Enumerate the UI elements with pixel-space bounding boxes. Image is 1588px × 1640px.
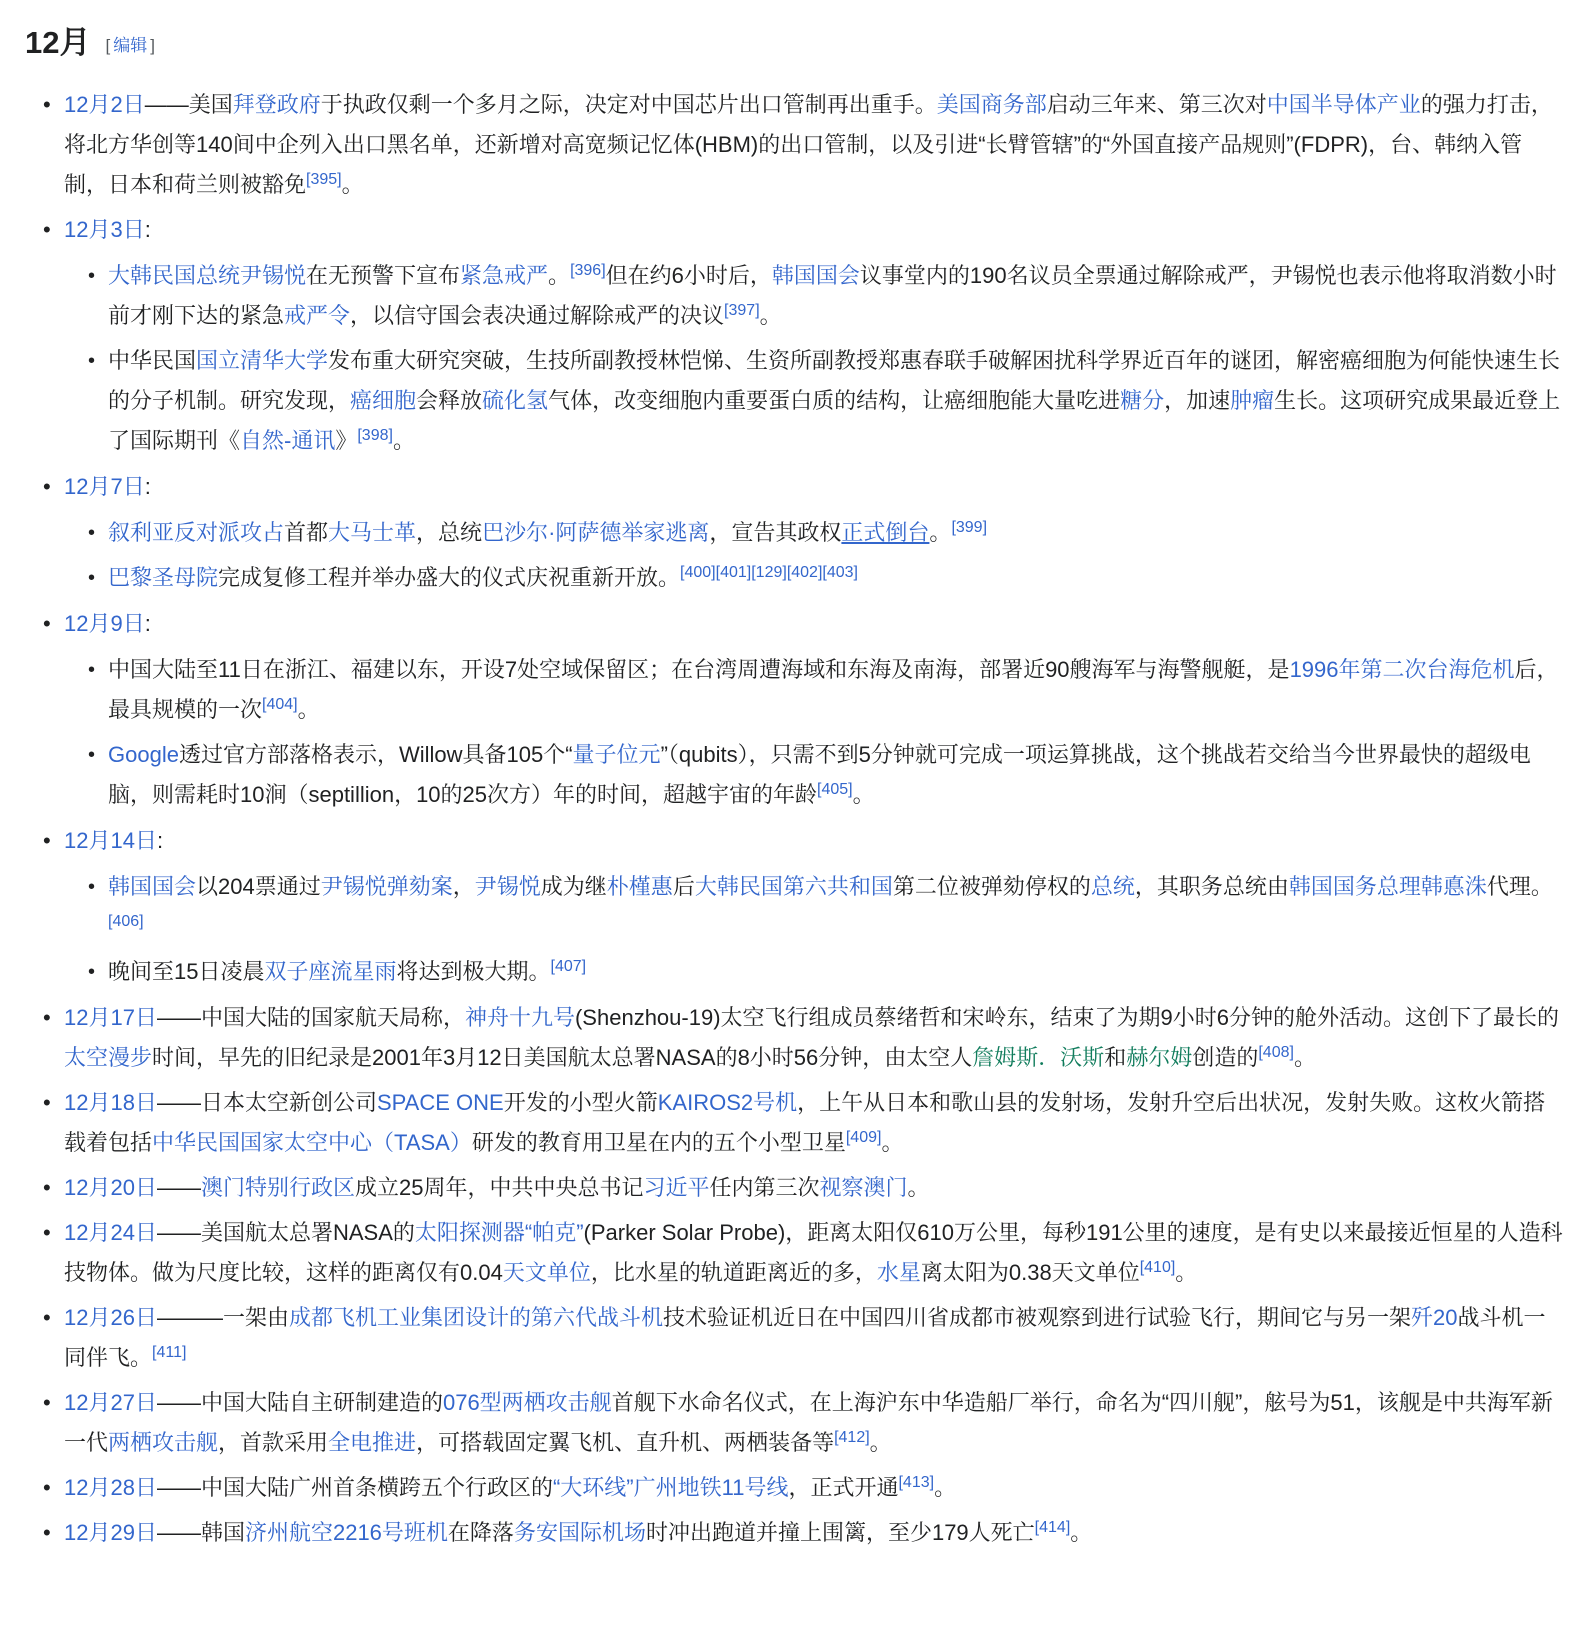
text-segment: 后 bbox=[673, 874, 695, 899]
edit-bracket-close: ] bbox=[147, 36, 158, 55]
reference-sup: [406] bbox=[108, 909, 144, 930]
wiki-link[interactable]: 12月27日 bbox=[64, 1390, 157, 1415]
text-segment: 和 bbox=[1104, 1045, 1126, 1070]
text-segment: 成为继 bbox=[541, 874, 607, 899]
text-segment: 。 bbox=[853, 782, 875, 807]
wiki-link[interactable]: 总统 bbox=[1091, 874, 1135, 899]
wiki-link[interactable]: 歼20 bbox=[1411, 1305, 1457, 1330]
wiki-link[interactable]: 朴槿惠 bbox=[607, 874, 673, 899]
wiki-link[interactable]: 12月18日 bbox=[64, 1090, 157, 1115]
text-segment: 开发的小型火箭 bbox=[504, 1090, 658, 1115]
text-segment: 启动三年来、第三次对 bbox=[1047, 92, 1267, 117]
text-segment: 。 bbox=[1175, 1260, 1197, 1285]
wiki-link[interactable]: 大马士革 bbox=[328, 520, 416, 545]
reference-sup: [400] bbox=[680, 560, 716, 581]
text-segment: 于执政仅剩一个多月之际，决定对中国芯片出口管制再出重手。 bbox=[321, 92, 937, 117]
reference-link[interactable]: [413] bbox=[898, 1474, 934, 1491]
text-segment: 但在约6小时后， bbox=[606, 263, 772, 288]
reference-sup: [404] bbox=[262, 692, 298, 713]
reference-sup: [403] bbox=[822, 560, 858, 581]
wiki-link[interactable]: 12月26日 bbox=[64, 1305, 157, 1330]
text-segment: —— bbox=[157, 1175, 201, 1200]
text-segment: 。 bbox=[929, 520, 951, 545]
reference-link[interactable]: [414] bbox=[1035, 1519, 1071, 1536]
reference-link[interactable]: [398] bbox=[357, 427, 393, 444]
text-segment: ，宣告其政权 bbox=[709, 520, 841, 545]
sub-event-item: 晚间至15日凌晨双子座流星雨将达到极大期。[407] bbox=[108, 952, 1566, 992]
text-segment: 透过官方部落格表示，Willow具备105个“ bbox=[179, 742, 573, 767]
reference-sup: [414] bbox=[1035, 1515, 1071, 1536]
wiki-link[interactable]: 自然-通讯 bbox=[240, 428, 335, 453]
text-segment: ——美国 bbox=[145, 92, 233, 117]
reference-sup: [396] bbox=[570, 258, 606, 279]
wiki-link[interactable]: Google bbox=[108, 742, 179, 767]
wiki-link[interactable]: 中华民国国家太空中心（TASA） bbox=[152, 1130, 472, 1155]
text-segment: 研发的教育用卫星在内的五个小型卫星 bbox=[472, 1130, 846, 1155]
reference-sup: [413] bbox=[898, 1470, 934, 1491]
wiki-link[interactable]: 癌细胞 bbox=[350, 388, 416, 413]
reference-sup: [397] bbox=[724, 298, 760, 319]
reference-sup: [410] bbox=[1140, 1255, 1176, 1276]
wiki-link[interactable]: 视察澳门 bbox=[819, 1175, 907, 1200]
sub-event-item: 巴黎圣母院完成复修工程并举办盛大的仪式庆祝重新开放。[400][401][129… bbox=[108, 558, 1566, 598]
text-segment: ，其职务总统由 bbox=[1135, 874, 1289, 899]
reference-link[interactable]: [403] bbox=[822, 564, 858, 581]
reference-link[interactable]: [400] bbox=[680, 564, 716, 581]
reference-link[interactable]: [395] bbox=[306, 171, 342, 188]
wiki-link[interactable]: 韩国国会 bbox=[108, 874, 196, 899]
reference-sup: [407] bbox=[551, 954, 587, 975]
text-segment: 首都 bbox=[284, 520, 328, 545]
wiki-link[interactable]: 糖分 bbox=[1120, 388, 1164, 413]
reference-link[interactable]: [410] bbox=[1140, 1259, 1176, 1276]
wiki-link[interactable]: KAIROS2号机 bbox=[658, 1090, 797, 1115]
text-segment: 会释放 bbox=[416, 388, 482, 413]
text-segment: ——日本太空新创公司 bbox=[157, 1090, 377, 1115]
reference-sup: [412] bbox=[834, 1425, 870, 1446]
wiki-link[interactable]: 尹锡悦弹劾案 bbox=[321, 874, 453, 899]
wiki-link[interactable]: 巴黎圣母院 bbox=[108, 565, 218, 590]
text-segment: ——中国大陆自主研制建造的 bbox=[157, 1390, 443, 1415]
reference-sup: [401] bbox=[716, 560, 752, 581]
sub-event-item: Google透过官方部落格表示，Willow具备105个“量子位元”（qubit… bbox=[108, 735, 1566, 815]
text-segment: 晚间至15日凌晨 bbox=[108, 959, 264, 984]
wiki-link[interactable]: 成都飞机工业集团设计的第六代战斗机 bbox=[289, 1305, 663, 1330]
event-item: 12月26日———一架由成都飞机工业集团设计的第六代战斗机技术验证机近日在中国四… bbox=[64, 1298, 1566, 1378]
wiki-link[interactable]: 国立清华大学 bbox=[196, 348, 328, 373]
text-segment: 以204票通过 bbox=[196, 874, 321, 899]
wiki-link[interactable]: 量子位元 bbox=[573, 742, 661, 767]
text-segment: ——中国大陆广州首条横跨五个行政区的 bbox=[157, 1475, 553, 1500]
event-item: 12月9日:中国大陆至11日在浙江、福建以东，开设7处空域保留区；在台湾周遭海域… bbox=[64, 604, 1566, 815]
wiki-link[interactable]: 巴沙尔·阿萨德举家逃离 bbox=[482, 520, 709, 545]
edit-bracket-open: [ bbox=[102, 36, 113, 55]
interlanguage-link[interactable]: 詹姆斯．沃斯 bbox=[972, 1045, 1104, 1070]
reference-link[interactable]: [402] bbox=[787, 564, 823, 581]
text-segment: 技术验证机近日在中国四川省成都市被观察到进行试验飞行，期间它与另一架 bbox=[663, 1305, 1411, 1330]
reference-sup: [398] bbox=[357, 423, 393, 444]
text-segment: 成立25周年，中共中央总书记 bbox=[355, 1175, 643, 1200]
edit-link[interactable]: 编辑 bbox=[113, 36, 147, 55]
wiki-link[interactable]: 美国商务部 bbox=[937, 92, 1047, 117]
text-segment: 中华民国 bbox=[108, 348, 196, 373]
wiki-link[interactable]: 天文单位 bbox=[503, 1260, 591, 1285]
text-segment: ，可搭载固定翼飞机、直升机、两栖装备等 bbox=[416, 1430, 834, 1455]
text-segment: 。 bbox=[934, 1475, 956, 1500]
wiki-link[interactable]: 全电推进 bbox=[328, 1430, 416, 1455]
text-segment: : bbox=[157, 828, 163, 853]
text-segment: 完成复修工程并举办盛大的仪式庆祝重新开放。 bbox=[218, 565, 680, 590]
wiki-link[interactable]: 12月28日 bbox=[64, 1475, 157, 1500]
wiki-link[interactable]: 澳门特别行政区 bbox=[201, 1175, 355, 1200]
wiki-link[interactable]: 12月24日 bbox=[64, 1220, 157, 1245]
text-segment: ——美国航太总署NASA的 bbox=[157, 1220, 415, 1245]
wiki-link[interactable]: 12月3日 bbox=[64, 217, 145, 242]
sub-event-item: 中华民国国立清华大学发布重大研究突破，生技所副教授林恺悌、生资所副教授郑惠春联手… bbox=[108, 341, 1566, 461]
text-segment: : bbox=[145, 217, 151, 242]
wiki-link[interactable]: 习近平 bbox=[643, 1175, 709, 1200]
wiki-link[interactable]: 076型两栖攻击舰 bbox=[443, 1390, 612, 1415]
section-title: 12月 bbox=[25, 25, 90, 60]
text-segment: 时冲出跑道并撞上围篱，至少179人死亡 bbox=[646, 1520, 1035, 1545]
sub-events-list: 韩国国会以204票通过尹锡悦弹劾案，尹锡悦成为继朴槿惠后大韩民国第六共和国第二位… bbox=[64, 867, 1566, 992]
reference-link[interactable]: [412] bbox=[834, 1429, 870, 1446]
text-segment: 中国大陆至11日在浙江、福建以东，开设7处空域保留区；在台湾周遭海域和东海及南海… bbox=[108, 657, 1290, 682]
text-segment: 代理。 bbox=[1487, 874, 1553, 899]
text-segment: ， bbox=[453, 874, 475, 899]
text-segment: ———一架由 bbox=[157, 1305, 289, 1330]
reference-link[interactable]: [401] bbox=[716, 564, 752, 581]
reference-sup: [411] bbox=[152, 1340, 186, 1361]
text-segment: 。 bbox=[298, 697, 320, 722]
reference-sup: [409] bbox=[846, 1125, 882, 1146]
text-segment: ——中国大陆的国家航天局称， bbox=[157, 1005, 465, 1030]
sub-event-item: 叙利亚反对派攻占首都大马士革，总统巴沙尔·阿萨德举家逃离，宣告其政权正式倒台。[… bbox=[108, 513, 1566, 553]
wiki-link[interactable]: 拜登政府 bbox=[233, 92, 321, 117]
text-segment: 。 bbox=[881, 1130, 903, 1155]
wiki-link[interactable]: 韩国国务总理韩悳洙 bbox=[1289, 874, 1487, 899]
reference-link[interactable]: [399] bbox=[951, 519, 987, 536]
wiki-link[interactable]: 韩国国会 bbox=[772, 263, 860, 288]
text-segment: 任内第三次 bbox=[709, 1175, 819, 1200]
sub-event-item: 大韩民国总统尹锡悦在无预警下宣布紧急戒严。[396]但在约6小时后，韩国国会议事… bbox=[108, 256, 1566, 336]
reference-sup: [405] bbox=[817, 777, 853, 798]
reference-sup: [408] bbox=[1258, 1040, 1294, 1061]
wiki-link[interactable]: 12月20日 bbox=[64, 1175, 157, 1200]
wiki-link[interactable]: 戒严令 bbox=[284, 303, 350, 328]
event-item: 12月7日:叙利亚反对派攻占首都大马士革，总统巴沙尔·阿萨德举家逃离，宣告其政权… bbox=[64, 467, 1566, 598]
event-item: 12月3日:大韩民国总统尹锡悦在无预警下宣布紧急戒严。[396]但在约6小时后，… bbox=[64, 210, 1566, 461]
wiki-link[interactable]: 大韩民国第六共和国 bbox=[695, 874, 893, 899]
wiki-link[interactable]: 12月14日 bbox=[64, 828, 157, 853]
wiki-link[interactable]: 叙利亚反对派攻占 bbox=[108, 520, 284, 545]
text-segment: ，正式开通 bbox=[788, 1475, 898, 1500]
event-item: 12月2日——美国拜登政府于执政仅剩一个多月之际，决定对中国芯片出口管制再出重手… bbox=[64, 85, 1566, 205]
text-segment: 气体，改变细胞内重要蛋白质的结构，让癌细胞能大量吃进 bbox=[548, 388, 1120, 413]
text-segment: 在无预警下宣布 bbox=[306, 263, 460, 288]
wiki-link[interactable]: 双子座流星雨 bbox=[264, 959, 396, 984]
text-segment: 在降落 bbox=[448, 1520, 514, 1545]
reference-link[interactable]: [129] bbox=[751, 564, 787, 581]
sub-event-item: 韩国国会以204票通过尹锡悦弹劾案，尹锡悦成为继朴槿惠后大韩民国第六共和国第二位… bbox=[108, 867, 1566, 947]
wiki-link[interactable]: 两栖攻击舰 bbox=[108, 1430, 218, 1455]
reference-link[interactable]: [409] bbox=[846, 1129, 882, 1146]
text-segment: ——韩国 bbox=[157, 1520, 245, 1545]
interlanguage-link[interactable]: 赫尔姆 bbox=[1126, 1045, 1192, 1070]
text-segment: 。 bbox=[870, 1430, 892, 1455]
sub-events-list: 大韩民国总统尹锡悦在无预警下宣布紧急戒严。[396]但在约6小时后，韩国国会议事… bbox=[64, 256, 1566, 461]
event-item: 12月28日——中国大陆广州首条横跨五个行政区的“大环线”广州地铁11号线，正式… bbox=[64, 1468, 1566, 1508]
text-segment: 。 bbox=[1070, 1520, 1092, 1545]
text-segment: 。 bbox=[342, 172, 364, 197]
text-segment: 。 bbox=[548, 263, 570, 288]
wiki-link[interactable]: SPACE ONE bbox=[377, 1090, 504, 1115]
wiki-link[interactable]: 太空漫步 bbox=[64, 1045, 152, 1070]
event-item: 12月20日——澳门特别行政区成立25周年，中共中央总书记习近平任内第三次视察澳… bbox=[64, 1168, 1566, 1208]
text-segment: ，比水星的轨道距离近的多， bbox=[591, 1260, 877, 1285]
wiki-link[interactable]: 12月17日 bbox=[64, 1005, 157, 1030]
text-segment: : bbox=[145, 474, 151, 499]
text-segment: ，以信守国会表决通过解除戒严的决议 bbox=[350, 303, 724, 328]
text-segment: 。 bbox=[760, 303, 782, 328]
text-segment: 时间，早先的旧纪录是2001年3月12日美国航太总署NASA的8小时56分钟，由… bbox=[152, 1045, 972, 1070]
wiki-link[interactable]: 神舟十九号 bbox=[465, 1005, 575, 1030]
reference-link[interactable]: [406] bbox=[108, 913, 144, 930]
event-item: 12月18日——日本太空新创公司SPACE ONE开发的小型火箭KAIROS2号… bbox=[64, 1083, 1566, 1163]
wiki-link[interactable]: 正式倒台 bbox=[841, 520, 929, 545]
wiki-link[interactable]: 硫化氢 bbox=[482, 388, 548, 413]
text-segment: ，总统 bbox=[416, 520, 482, 545]
text-segment: 》 bbox=[335, 428, 357, 453]
text-segment: 。 bbox=[908, 1175, 930, 1200]
wiki-link[interactable]: 尹锡悦 bbox=[475, 874, 541, 899]
reference-sup: [395] bbox=[306, 167, 342, 188]
text-segment: : bbox=[145, 611, 151, 636]
reference-sup: [402] bbox=[787, 560, 823, 581]
reference-link[interactable]: [408] bbox=[1258, 1044, 1294, 1061]
event-item: 12月29日——韩国济州航空2216号班机在降落务安国际机场时冲出跑道并撞上围篱… bbox=[64, 1513, 1566, 1553]
wiki-link[interactable]: 12月29日 bbox=[64, 1520, 157, 1545]
wiki-link[interactable]: 1996年第二次台海危机 bbox=[1290, 657, 1515, 682]
wiki-link[interactable]: 12月9日 bbox=[64, 611, 145, 636]
reference-link[interactable]: [404] bbox=[262, 696, 298, 713]
text-segment: (Shenzhou-19)太空飞行组成员蔡绪哲和宋岭东，结束了为期9小时6分钟的… bbox=[575, 1005, 1559, 1030]
wiki-link[interactable]: 大韩民国总统尹锡悦 bbox=[108, 263, 306, 288]
wiki-link[interactable]: 济州航空2216号班机 bbox=[245, 1520, 448, 1545]
reference-link[interactable]: [397] bbox=[724, 302, 760, 319]
text-segment: ，加速 bbox=[1164, 388, 1230, 413]
wiki-link[interactable]: 中国半导体产业 bbox=[1267, 92, 1421, 117]
text-segment: 创造的 bbox=[1192, 1045, 1258, 1070]
reference-link[interactable]: [411] bbox=[152, 1344, 186, 1361]
text-segment: 将达到极大期。 bbox=[397, 959, 551, 984]
sub-events-list: 中国大陆至11日在浙江、福建以东，开设7处空域保留区；在台湾周遭海域和东海及南海… bbox=[64, 650, 1566, 815]
wiki-link[interactable]: 肿瘤 bbox=[1230, 388, 1274, 413]
wiki-link[interactable]: 12月2日 bbox=[64, 92, 145, 117]
section-heading: 12月[编辑] bbox=[25, 24, 1566, 61]
reference-link[interactable]: [405] bbox=[817, 781, 853, 798]
text-segment: 第二位被弹劾停权的 bbox=[893, 874, 1091, 899]
text-segment: 。 bbox=[393, 428, 415, 453]
wiki-link[interactable]: 紧急戒严 bbox=[460, 263, 548, 288]
sub-events-list: 叙利亚反对派攻占首都大马士革，总统巴沙尔·阿萨德举家逃离，宣告其政权正式倒台。[… bbox=[64, 513, 1566, 598]
edit-section: [编辑] bbox=[102, 36, 157, 55]
wiki-link[interactable]: “大环线”广州地铁11号线 bbox=[553, 1475, 789, 1500]
wiki-link[interactable]: 太阳探测器“帕克” bbox=[415, 1220, 584, 1245]
wiki-link[interactable]: 务安国际机场 bbox=[514, 1520, 646, 1545]
text-segment: ，首款采用 bbox=[218, 1430, 328, 1455]
event-item: 12月14日:韩国国会以204票通过尹锡悦弹劾案，尹锡悦成为继朴槿惠后大韩民国第… bbox=[64, 821, 1566, 992]
text-segment: 。 bbox=[1294, 1045, 1316, 1070]
event-item: 12月17日——中国大陆的国家航天局称，神舟十九号(Shenzhou-19)太空… bbox=[64, 998, 1566, 1078]
text-segment: 离太阳为0.38天文单位 bbox=[921, 1260, 1140, 1285]
reference-sup: [129] bbox=[751, 560, 787, 581]
reference-link[interactable]: [396] bbox=[570, 262, 606, 279]
reference-sup: [399] bbox=[951, 515, 987, 536]
sub-event-item: 中国大陆至11日在浙江、福建以东，开设7处空域保留区；在台湾周遭海域和东海及南海… bbox=[108, 650, 1566, 730]
event-item: 12月24日——美国航太总署NASA的太阳探测器“帕克”(Parker Sola… bbox=[64, 1213, 1566, 1293]
event-item: 12月27日——中国大陆自主研制建造的076型两栖攻击舰首舰下水命名仪式，在上海… bbox=[64, 1383, 1566, 1463]
article-section: 12月[编辑] 12月2日——美国拜登政府于执政仅剩一个多月之际，决定对中国芯片… bbox=[0, 0, 1588, 1588]
wiki-link[interactable]: 水星 bbox=[877, 1260, 921, 1285]
wiki-link[interactable]: 12月7日 bbox=[64, 474, 145, 499]
events-list: 12月2日——美国拜登政府于执政仅剩一个多月之际，决定对中国芯片出口管制再出重手… bbox=[25, 85, 1566, 1553]
reference-link[interactable]: [407] bbox=[551, 958, 587, 975]
